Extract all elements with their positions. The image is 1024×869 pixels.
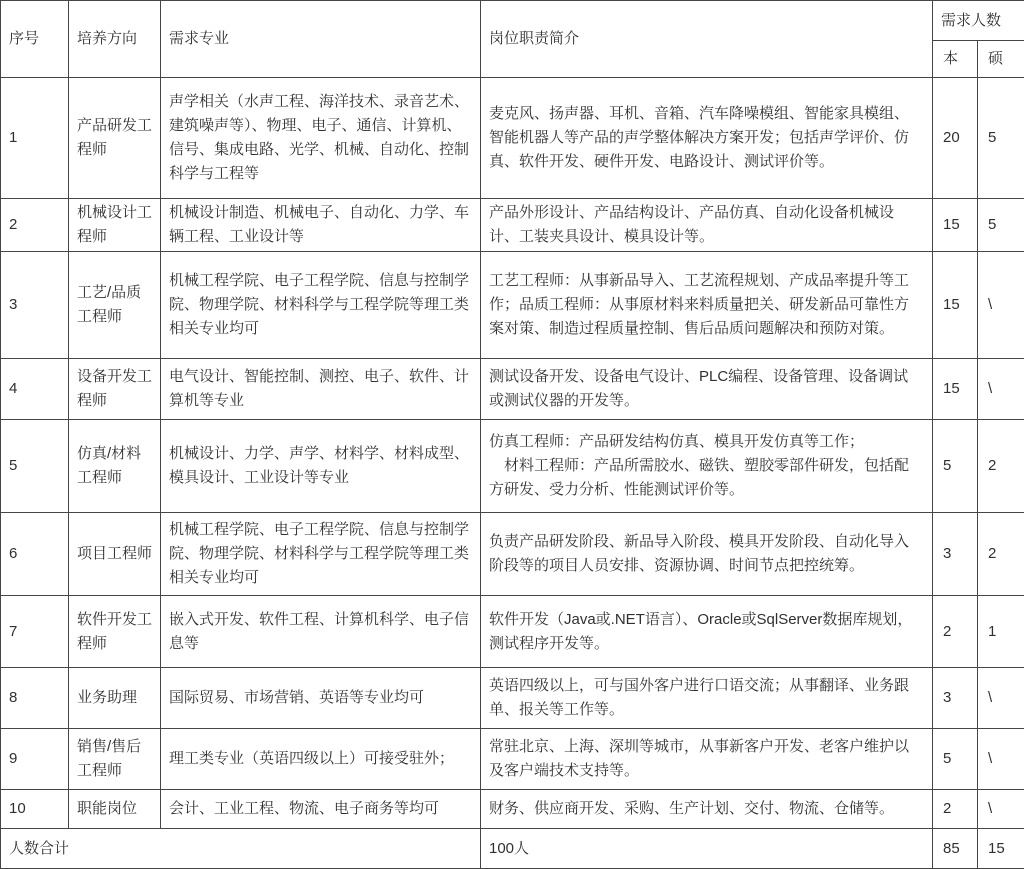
cell-duties: 财务、供应商开发、采购、生产计划、交付、物流、仓储等。 (481, 790, 933, 829)
header-master: 硕 (978, 41, 1024, 78)
cell-bachelor: 3 (933, 668, 978, 729)
cell-duties: 测试设备开发、设备电气设计、PLC编程、设备管理、设备调试或测试仪器的开发等。 (481, 359, 933, 420)
cell-master: \ (978, 359, 1024, 420)
cell-bachelor: 15 (933, 199, 978, 252)
cell-no: 5 (1, 420, 69, 513)
cell-majors: 国际贸易、市场营销、英语等专业均可 (161, 668, 481, 729)
cell-direction: 业务助理 (69, 668, 161, 729)
cell-no: 7 (1, 596, 69, 668)
cell-no: 6 (1, 513, 69, 596)
footer-master-total: 15 (978, 829, 1024, 869)
cell-duties: 工艺工程师：从事新品导入、工艺流程规划、产成品率提升等工作；品质工程师：从事原材… (481, 252, 933, 359)
cell-bachelor: 2 (933, 596, 978, 668)
footer-label: 人数合计 (1, 829, 481, 869)
table-footer-row: 人数合计 100人 85 15 (1, 829, 1024, 869)
cell-no: 8 (1, 668, 69, 729)
cell-duties: 常驻北京、上海、深圳等城市，从事新客户开发、老客户维护以及客户端技术支持等。 (481, 729, 933, 790)
cell-majors: 机械工程学院、电子工程学院、信息与控制学院、物理学院、材料科学与工程学院等理工类… (161, 252, 481, 359)
table-row: 10职能岗位会计、工业工程、物流、电子商务等均可财务、供应商开发、采购、生产计划… (1, 790, 1024, 829)
table-row: 3工艺/品质工程师机械工程学院、电子工程学院、信息与控制学院、物理学院、材料科学… (1, 252, 1024, 359)
cell-direction: 机械设计工程师 (69, 199, 161, 252)
cell-duties: 英语四级以上，可与国外客户进行口语交流；从事翻译、业务跟单、报关等工作等。 (481, 668, 933, 729)
cell-master: 2 (978, 420, 1024, 513)
cell-majors: 嵌入式开发、软件工程、计算机科学、电子信息等 (161, 596, 481, 668)
table-row: 9销售/售后工程师理工类专业（英语四级以上）可接受驻外；常驻北京、上海、深圳等城… (1, 729, 1024, 790)
cell-bachelor: 15 (933, 359, 978, 420)
cell-master: 2 (978, 513, 1024, 596)
cell-majors: 理工类专业（英语四级以上）可接受驻外； (161, 729, 481, 790)
cell-no: 2 (1, 199, 69, 252)
cell-direction: 销售/售后工程师 (69, 729, 161, 790)
cell-master: 1 (978, 596, 1024, 668)
cell-master: \ (978, 729, 1024, 790)
cell-bachelor: 3 (933, 513, 978, 596)
table-row: 2机械设计工程师机械设计制造、机械电子、自动化、力学、车辆工程、工业设计等产品外… (1, 199, 1024, 252)
cell-duties: 麦克风、扬声器、耳机、音箱、汽车降噪模组、智能家具模组、智能机器人等产品的声学整… (481, 78, 933, 199)
cell-majors: 机械工程学院、电子工程学院、信息与控制学院、物理学院、材料科学与工程学院等理工类… (161, 513, 481, 596)
header-majors: 需求专业 (161, 1, 481, 78)
cell-direction: 仿真/材料工程师 (69, 420, 161, 513)
cell-no: 10 (1, 790, 69, 829)
table-body: 1产品研发工程师声学相关（水声工程、海洋技术、录音艺术、建筑噪声等）、物理、电子… (1, 78, 1024, 829)
cell-no: 9 (1, 729, 69, 790)
cell-bachelor: 2 (933, 790, 978, 829)
cell-majors: 声学相关（水声工程、海洋技术、录音艺术、建筑噪声等）、物理、电子、通信、计算机、… (161, 78, 481, 199)
cell-majors: 机械设计、力学、声学、材料学、材料成型、模具设计、工业设计等专业 (161, 420, 481, 513)
cell-duties: 负责产品研发阶段、新品导入阶段、模具开发阶段、自动化导入阶段等的项目人员安排、资… (481, 513, 933, 596)
cell-direction: 设备开发工程师 (69, 359, 161, 420)
cell-duties: 仿真工程师：产品研发结构仿真、模具开发仿真等工作； 材料工程师：产品所需胶水、磁… (481, 420, 933, 513)
cell-direction: 工艺/品质工程师 (69, 252, 161, 359)
cell-bachelor: 5 (933, 729, 978, 790)
cell-direction: 项目工程师 (69, 513, 161, 596)
header-no: 序号 (1, 1, 69, 78)
cell-direction: 职能岗位 (69, 790, 161, 829)
recruitment-table: 序号 培养方向 需求专业 岗位职责简介 需求人数 本 硕 1产品研发工程师声学相… (0, 0, 1024, 869)
cell-master: \ (978, 790, 1024, 829)
table-row: 4设备开发工程师电气设计、智能控制、测控、电子、软件、计算机等专业测试设备开发、… (1, 359, 1024, 420)
cell-no: 1 (1, 78, 69, 199)
table-row: 1产品研发工程师声学相关（水声工程、海洋技术、录音艺术、建筑噪声等）、物理、电子… (1, 78, 1024, 199)
cell-bachelor: 15 (933, 252, 978, 359)
table-row: 5仿真/材料工程师机械设计、力学、声学、材料学、材料成型、模具设计、工业设计等专… (1, 420, 1024, 513)
header-headcount: 需求人数 (933, 1, 1024, 41)
cell-master: \ (978, 252, 1024, 359)
cell-bachelor: 5 (933, 420, 978, 513)
cell-majors: 机械设计制造、机械电子、自动化、力学、车辆工程、工业设计等 (161, 199, 481, 252)
footer-bachelor-total: 85 (933, 829, 978, 869)
header-duties: 岗位职责简介 (481, 1, 933, 78)
cell-no: 3 (1, 252, 69, 359)
cell-master: 5 (978, 78, 1024, 199)
cell-direction: 产品研发工程师 (69, 78, 161, 199)
cell-no: 4 (1, 359, 69, 420)
header-direction: 培养方向 (69, 1, 161, 78)
cell-master: 5 (978, 199, 1024, 252)
cell-majors: 电气设计、智能控制、测控、电子、软件、计算机等专业 (161, 359, 481, 420)
cell-duties: 产品外形设计、产品结构设计、产品仿真、自动化设备机械设计、工装夹具设计、模具设计… (481, 199, 933, 252)
table-row: 7软件开发工程师嵌入式开发、软件工程、计算机科学、电子信息等软件开发（Java或… (1, 596, 1024, 668)
table-row: 6项目工程师机械工程学院、电子工程学院、信息与控制学院、物理学院、材料科学与工程… (1, 513, 1024, 596)
cell-majors: 会计、工业工程、物流、电子商务等均可 (161, 790, 481, 829)
cell-bachelor: 20 (933, 78, 978, 199)
cell-master: \ (978, 668, 1024, 729)
cell-direction: 软件开发工程师 (69, 596, 161, 668)
table-row: 8业务助理国际贸易、市场营销、英语等专业均可英语四级以上，可与国外客户进行口语交… (1, 668, 1024, 729)
header-bachelor: 本 (933, 41, 978, 78)
page: 序号 培养方向 需求专业 岗位职责简介 需求人数 本 硕 1产品研发工程师声学相… (0, 0, 1024, 869)
footer-total: 100人 (481, 829, 933, 869)
table-header-row-1: 序号 培养方向 需求专业 岗位职责简介 需求人数 (1, 1, 1024, 41)
cell-duties: 软件开发（Java或.NET语言）、Oracle或SqlServer数据库规划，… (481, 596, 933, 668)
